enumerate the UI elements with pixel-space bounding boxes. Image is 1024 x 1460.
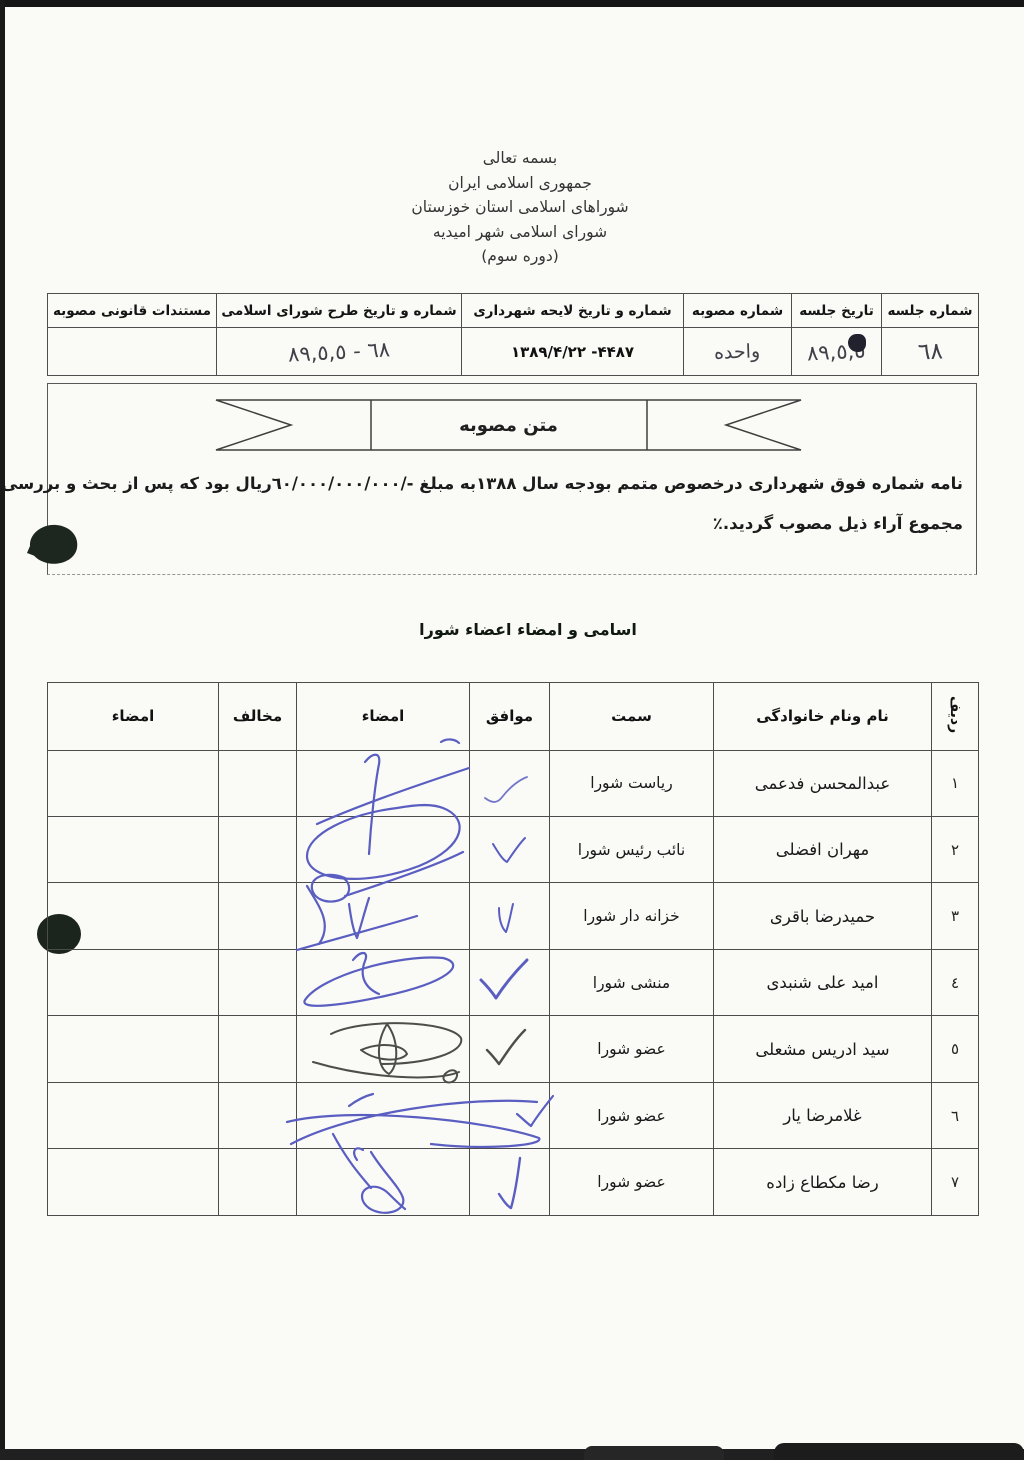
member-name: مهران افضلی [714,816,932,882]
header-session-number: شماره جلسه [882,294,979,328]
member-position: عضو شورا [550,1016,714,1082]
signature-cell [297,1016,470,1082]
oppose-cell [219,816,297,882]
oppose-signature-cell [48,1149,219,1216]
row-number: ٦ [932,1082,979,1148]
agree-cell [470,1149,550,1216]
typed-bill-number-date: ۴۴۸۷- ۱۳۸۹/۴/۲۲ [511,343,634,361]
signature-cell [297,883,470,949]
signature-cell [297,750,470,816]
letterhead-line-republic: جمهوری اسلامی ایران [0,171,1024,196]
header-council-plan: شماره و تاریخ طرح شورای اسلامی [217,294,462,328]
header-resolution-number: شماره مصوبه [684,294,792,328]
row-number: ٢ [932,816,979,882]
member-name: رضا مکطاع زاده [714,1149,932,1216]
header-session-date: تاریخ جلسه [792,294,882,328]
member-position: ریاست شورا [550,750,714,816]
resolution-body-line1: نامه شماره فوق شهرداری درخصوص متمم بودجه… [61,464,963,504]
signature-cell [297,1149,470,1216]
cell-municipality-bill: ۴۴۸۷- ۱۳۸۹/۴/۲۲ [462,328,684,376]
cell-session-number: ٦٨ [882,328,979,376]
agree-cell [470,883,550,949]
member-position: منشی شورا [550,949,714,1015]
agree-cell [470,816,550,882]
letterhead: بسمه تعالی جمهوری اسلامی ایران شوراهای ا… [0,146,1024,269]
agree-cell [470,1016,550,1082]
scan-edge-bottom-shadow [774,1443,1024,1460]
oppose-signature-cell [48,750,219,816]
table-row: ١ عبدالمحسن فدعمی ریاست شورا [48,750,979,816]
row-number: ٣ [932,883,979,949]
header-signature-agree: امضاء [297,683,470,751]
header-oppose: مخالف [219,683,297,751]
signature-cell [297,816,470,882]
row-number: ١ [932,750,979,816]
member-name: امید علی شنبدی [714,949,932,1015]
oppose-signature-cell [48,883,219,949]
table-row: ٥ سید ادریس مشعلی عضو شورا [48,1016,979,1082]
table-row: ٢ مهران افضلی نائب رئیس شورا [48,816,979,882]
oppose-signature-cell [48,1016,219,1082]
letterhead-line-city-council: شورای اسلامی شهر امیدیه [0,220,1024,245]
table-row: ٣ حمیدرضا باقری خزانه دار شورا [48,883,979,949]
resolution-meta-table: شماره جلسه تاریخ جلسه شماره مصوبه شماره … [47,293,979,376]
member-name: سید ادریس مشعلی [714,1016,932,1082]
scan-edge-bottom-shadow [584,1446,724,1460]
header-municipality-bill: شماره و تاریخ لایحه شهرداری [462,294,684,328]
letterhead-line-province-councils: شوراهای اسلامی استان خوزستان [0,195,1024,220]
header-row-number: ردیف [932,683,979,751]
oppose-cell [219,1149,297,1216]
signature-cell [297,949,470,1015]
oppose-cell [219,883,297,949]
header-legal-documentation: مستندات قانونی مصوبه [48,294,217,328]
cell-legal-documentation [48,328,217,376]
row-number: ٧ [932,1149,979,1216]
ink-blot-mark [848,334,866,352]
header-full-name: نام ونام خانوادگی [714,683,932,751]
member-position: نائب رئیس شورا [550,816,714,882]
member-position: خزانه دار شورا [550,883,714,949]
meta-header-row: شماره جلسه تاریخ جلسه شماره مصوبه شماره … [48,294,979,328]
resolution-body-line2: مجموع آراء ذیل مصوب گردید.٪ [61,504,963,544]
agree-cell [470,949,550,1015]
members-header-row: ردیف نام ونام خانوادگی سمت موافق امضاء م… [48,683,979,751]
cell-resolution-number: واحده [684,328,792,376]
meta-value-row: ٦٨ ٨٩,٥,٥ واحده ۴۴۸۷- ۱۳۸۹/۴/۲۲ ٦٨ - ٨٩,… [48,328,979,376]
members-section-title: اسامی و امضاء اعضاء شورا [16,620,1024,639]
oppose-signature-cell [48,1082,219,1148]
oppose-signature-cell [48,816,219,882]
member-name: غلامرضا یار [714,1082,932,1148]
agree-cell [470,750,550,816]
table-row: ٧ رضا مکطاع زاده عضو شورا [48,1149,979,1216]
agree-cell [470,1082,550,1148]
row-number: ٤ [932,949,979,1015]
resolution-text-box: متن مصوبه نامه شماره فوق شهرداری درخصوص … [47,383,977,575]
member-name: عبدالمحسن فدعمی [714,750,932,816]
oppose-cell [219,1082,297,1148]
resolution-banner-title: متن مصوبه [215,399,802,451]
table-row: ٤ امید علی شنبدی منشی شورا [48,949,979,1015]
letterhead-line-term: (دوره سوم) [0,244,1024,269]
letterhead-line-basmala: بسمه تعالی [0,146,1024,171]
scan-edge-top [0,0,1024,7]
header-signature-oppose: امضاء [48,683,219,751]
oppose-cell [219,1016,297,1082]
member-name: حمیدرضا باقری [714,883,932,949]
oppose-signature-cell [48,949,219,1015]
handwritten-resolution-number: واحده [714,340,761,364]
table-row: ٦ غلامرضا یار عضو شورا [48,1082,979,1148]
punch-hole-mark [26,520,82,568]
members-signature-table: ردیف نام ونام خانوادگی سمت موافق امضاء م… [47,682,979,1216]
handwritten-plan-number-date: ٦٨ - ٨٩,٥,٥ [287,337,390,366]
handwritten-session-number: ٦٨ [917,338,943,365]
member-position: عضو شورا [550,1082,714,1148]
cell-session-date: ٨٩,٥,٥ [792,328,882,376]
member-position: عضو شورا [550,1149,714,1216]
cell-council-plan: ٦٨ - ٨٩,٥,٥ [217,328,462,376]
oppose-cell [219,949,297,1015]
signature-cell [297,1082,470,1148]
header-position: سمت [550,683,714,751]
scanned-council-resolution-page: بسمه تعالی جمهوری اسلامی ایران شوراهای ا… [0,0,1024,1460]
oppose-cell [219,750,297,816]
row-number: ٥ [932,1016,979,1082]
header-agree: موافق [470,683,550,751]
